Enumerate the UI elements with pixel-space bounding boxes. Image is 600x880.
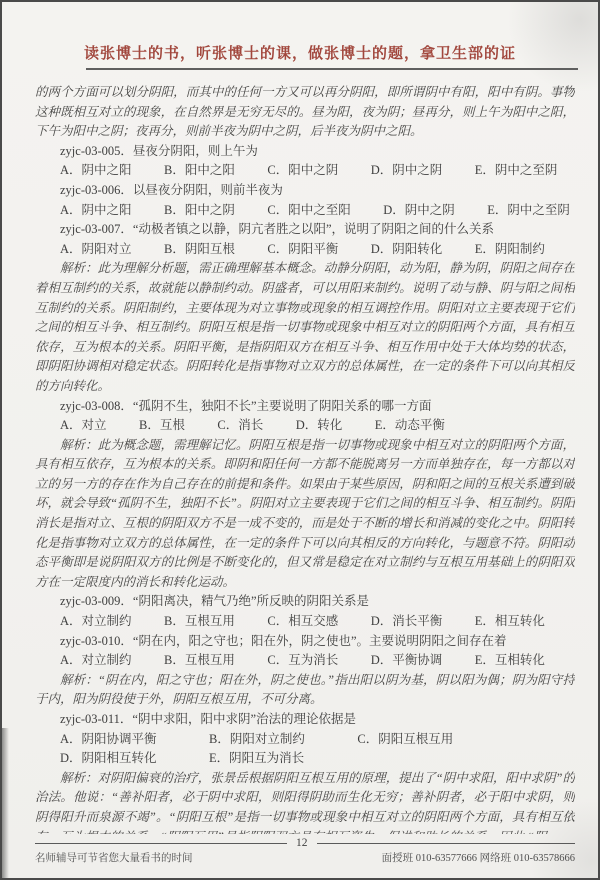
option-item: B．互根互用 bbox=[164, 612, 235, 632]
page-number: 12 bbox=[287, 837, 317, 849]
footer-rule: 12 bbox=[35, 837, 575, 849]
option-item: E．相互转化 bbox=[475, 612, 545, 632]
option-item: B．阳中之阳 bbox=[164, 161, 235, 181]
option-item: A．对立制约 bbox=[60, 612, 132, 632]
option-item: D．阴阳相互转化 bbox=[60, 749, 157, 769]
option-item: E．阴阳互为消长 bbox=[209, 749, 304, 769]
option-item: A．阴阳对立 bbox=[60, 240, 132, 260]
option-item: A．对立制约 bbox=[60, 651, 132, 671]
analysis-paragraph: 解析：对阴阳偏衰的治疗，张景岳根据阴阳互根互用的原理，提出了“阴中求阳，阳中求阴… bbox=[35, 769, 575, 834]
analysis-paragraph: 解析：此为理解分析题，需正确理解基本概念。动静分阴阳，动为阳，静为阴，阴阳之间存… bbox=[35, 259, 575, 396]
header-slogan: 读张博士的书，听张博士的课，做张博士的题，拿卫生部的证 bbox=[2, 42, 598, 63]
options-row: D．阴阳相互转化E．阴阳互为消长 bbox=[35, 749, 575, 769]
option-item: A．阴阳协调平衡 bbox=[60, 730, 157, 750]
body-paragraph: 的两个方面可以划分阴阳，而其中的任何一方又可以再分阴阳，即所谓阴中有阳，阳中有阴… bbox=[35, 83, 575, 142]
options-row: A．阴中之阳B．阳中之阳C．阳中之阴D．阴中之阴E．阴中之至阴 bbox=[35, 161, 575, 181]
option-item: D．阴阳转化 bbox=[371, 240, 443, 260]
option-item: B．阴阳互根 bbox=[164, 240, 235, 260]
option-item: A．对立 bbox=[60, 416, 107, 436]
options-row: A．阴阳对立B．阴阳互根C．阴阳平衡D．阴阳转化E．阴阳制约 bbox=[35, 240, 575, 260]
option-item: D．转化 bbox=[296, 416, 343, 436]
analysis-paragraph: 解析：此为概念题，需理解记忆。阴阳互根是指一切事物或现象中相互对立的阴阳两个方面… bbox=[35, 436, 575, 593]
page-footer: 12 名师辅导可节省您大量看书的时间 面授班 010-63577666 网络班 … bbox=[35, 837, 575, 865]
options-row: A．对立制约B．互根互用C．相互交感D．消长平衡E．相互转化 bbox=[35, 612, 575, 632]
question-line: zyjc-03-011．“阴中求阳，阳中求阴”治法的理论依据是 bbox=[35, 710, 575, 730]
option-item: E．动态平衡 bbox=[375, 416, 445, 436]
footer-text-row: 名师辅导可节省您大量看书的时间 面授班 010-63577666 网络班 010… bbox=[35, 850, 575, 865]
page-header: 读张博士的书，听张博士的课，做张博士的题，拿卫生部的证 bbox=[2, 42, 598, 70]
footer-left-text: 名师辅导可节省您大量看书的时间 bbox=[35, 850, 193, 865]
option-item: C．相互交感 bbox=[267, 612, 338, 632]
header-rule bbox=[86, 68, 578, 70]
question-line: zyjc-03-010．“阴在内，阳之守也；阳在外，阴之使也”。主要说明阴阳之间… bbox=[35, 632, 575, 652]
option-item: E．阴阳制约 bbox=[475, 240, 545, 260]
option-item: A．阴中之阳 bbox=[60, 161, 132, 181]
option-item: E．阴中之至阴 bbox=[487, 201, 570, 221]
option-item: C．阴阳互根互用 bbox=[357, 730, 453, 750]
question-line: zyjc-03-005．昼夜分阴阳，则上午为 bbox=[35, 142, 575, 162]
option-item: C．阳中之至阳 bbox=[267, 201, 350, 221]
question-line: zyjc-03-009．“阴阳离决，精气乃绝”所反映的阴阳关系是 bbox=[35, 592, 575, 612]
option-item: D．平衡协调 bbox=[371, 651, 443, 671]
scan-edge-shadow bbox=[2, 728, 9, 878]
options-row: A．阴中之阳B．阳中之阴C．阳中之至阳D．阴中之阴E．阴中之至阴 bbox=[35, 201, 575, 221]
option-item: B．阳中之阴 bbox=[164, 201, 235, 221]
options-row: A．对立制约B．互根互用C．互为消长D．平衡协调E．互相转化 bbox=[35, 651, 575, 671]
option-item: B．阴阳对立制约 bbox=[209, 730, 305, 750]
options-row: A．阴阳协调平衡B．阴阳对立制约C．阴阳互根互用 bbox=[35, 730, 575, 750]
option-item: C．消长 bbox=[217, 416, 263, 436]
option-item: E．阴中之至阴 bbox=[475, 161, 558, 181]
option-item: B．互根互用 bbox=[164, 651, 235, 671]
question-line: zyjc-03-006．以昼夜分阴阳，则前半夜为 bbox=[35, 181, 575, 201]
option-item: D．阴中之阴 bbox=[383, 201, 455, 221]
option-item: A．阴中之阳 bbox=[60, 201, 132, 221]
option-item: C．互为消长 bbox=[267, 651, 338, 671]
option-item: E．互相转化 bbox=[475, 651, 545, 671]
scanned-document-page: 读张博士的书，听张博士的课，做张博士的题，拿卫生部的证 的两个方面可以划分阴阳，… bbox=[0, 0, 600, 880]
option-item: C．阴阳平衡 bbox=[267, 240, 338, 260]
question-line: zyjc-03-008．“孤阴不生，独阳不长”主要说明了阴阳关系的哪一方面 bbox=[35, 397, 575, 417]
option-item: C．阳中之阴 bbox=[267, 161, 338, 181]
option-item: D．阴中之阴 bbox=[371, 161, 443, 181]
option-item: B．互根 bbox=[139, 416, 185, 436]
page-content: 的两个方面可以划分阴阳，而其中的任何一方又可以再分阴阳，即所谓阴中有阳，阳中有阴… bbox=[35, 83, 575, 834]
footer-rule-right bbox=[317, 843, 576, 844]
footer-right-text: 面授班 010-63577666 网络班 010-63578666 bbox=[382, 850, 575, 865]
footer-rule-left bbox=[35, 843, 287, 844]
options-row: A．对立B．互根C．消长D．转化E．动态平衡 bbox=[35, 416, 575, 436]
question-line: zyjc-03-007．“动极者镇之以静，阴亢者胜之以阳”，说明了阴阳之间的什么… bbox=[35, 220, 575, 240]
analysis-paragraph: 解析：“阴在内，阳之守也；阳在外，阴之使也。”指出阳以阴为基，阴以阳为偶；阴为阳… bbox=[35, 671, 575, 710]
option-item: D．消长平衡 bbox=[371, 612, 443, 632]
